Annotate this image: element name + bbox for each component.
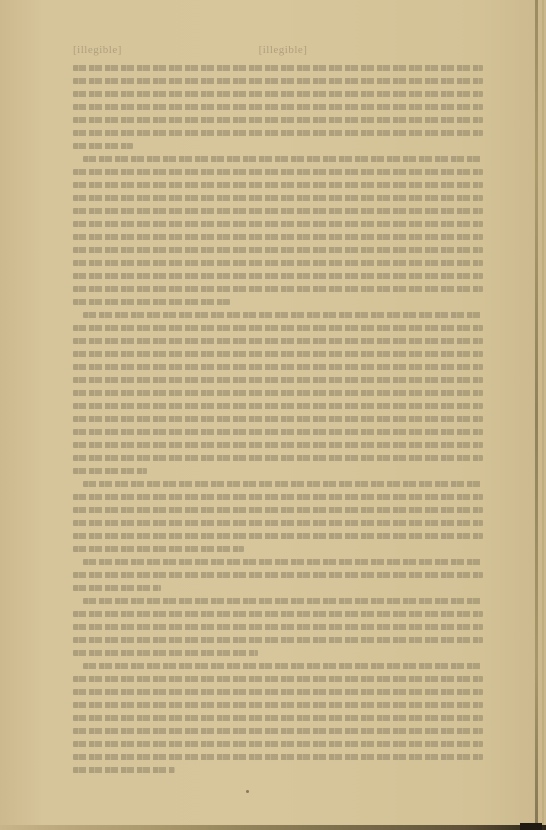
text-line: [illegible] — [73, 724, 483, 737]
line-text: [illegible] — [73, 321, 483, 334]
line-text: [illegible] — [73, 425, 483, 438]
text-line: [illegible] — [73, 87, 483, 100]
text-line: [illegible] — [73, 347, 483, 360]
line-text: [illegible] — [73, 594, 483, 607]
text-line: [illegible] — [73, 490, 483, 503]
text-line: [illegible] — [73, 529, 483, 542]
text-line: [illegible] — [73, 555, 483, 568]
text-line: [illegible] — [73, 230, 483, 243]
text-line: [illegible] — [73, 191, 483, 204]
page-header: [illegible] [illegible] — [73, 44, 483, 58]
line-text: [illegible] — [73, 646, 483, 659]
text-line: [illegible] — [73, 74, 483, 87]
line-text: [illegible] — [73, 698, 483, 711]
text-line: [illegible] — [73, 373, 483, 386]
line-text: [illegible] — [73, 672, 483, 685]
text-line: [illegible] — [73, 425, 483, 438]
text-line: [illegible] — [73, 165, 483, 178]
line-text: [illegible] — [73, 373, 483, 386]
line-text: [illegible] — [73, 633, 483, 646]
text-line: [illegible] — [73, 282, 483, 295]
text-line: [illegible] — [73, 360, 483, 373]
body-text: [illegible][illegible][illegible][illegi… — [73, 61, 483, 776]
line-text: [illegible] — [73, 737, 483, 750]
line-text: [illegible] — [73, 230, 483, 243]
line-text: [illegible] — [73, 620, 483, 633]
line-text: [illegible] — [73, 308, 483, 321]
page-edge-shadow — [535, 0, 538, 830]
line-text: [illegible] — [73, 659, 483, 672]
text-line: [illegible] — [73, 321, 483, 334]
line-text: [illegible] — [73, 477, 483, 490]
line-text: [illegible] — [73, 750, 483, 763]
line-text: [illegible] — [73, 490, 483, 503]
line-text: [illegible] — [73, 152, 483, 165]
line-text: [illegible] — [73, 581, 483, 594]
text-line: [illegible] — [73, 256, 483, 269]
text-line: [illegible] — [73, 750, 483, 763]
text-line: [illegible] — [73, 672, 483, 685]
line-text: [illegible] — [73, 399, 483, 412]
line-text: [illegible] — [73, 217, 483, 230]
line-text: [illegible] — [73, 113, 483, 126]
line-text: [illegible] — [73, 282, 483, 295]
text-line: [illegible] — [73, 503, 483, 516]
line-text: [illegible] — [73, 334, 483, 347]
text-line: [illegible] — [73, 152, 483, 165]
text-line: [illegible] — [73, 217, 483, 230]
text-line: [illegible] — [73, 607, 483, 620]
text-line: [illegible] — [73, 685, 483, 698]
paragraph: [illegible][illegible][illegible][illegi… — [73, 659, 483, 776]
line-text: [illegible] — [73, 503, 483, 516]
page-edge-highlight — [542, 0, 544, 830]
line-text: [illegible] — [73, 269, 483, 282]
line-text: [illegible] — [73, 204, 483, 217]
line-text: [illegible] — [73, 529, 483, 542]
line-text: [illegible] — [73, 555, 483, 568]
text-line: [illegible] — [73, 269, 483, 282]
paragraph: [illegible][illegible][illegible][illegi… — [73, 594, 483, 659]
text-line: [illegible] — [73, 451, 483, 464]
text-line: [illegible] — [73, 646, 483, 659]
line-text: [illegible] — [73, 100, 483, 113]
line-text: [illegible] — [73, 295, 483, 308]
line-text: [illegible] — [73, 412, 483, 425]
text-line: [illegible] — [73, 308, 483, 321]
corner-scan-mark — [520, 823, 542, 830]
text-line: [illegible] — [73, 698, 483, 711]
text-line: [illegible] — [73, 412, 483, 425]
text-line: [illegible] — [73, 438, 483, 451]
paragraph: [illegible][illegible][illegible] — [73, 555, 483, 594]
line-text: [illegible] — [73, 347, 483, 360]
text-line: [illegible] — [73, 620, 483, 633]
text-line: [illegible] — [73, 581, 483, 594]
running-head: [illegible] — [183, 44, 383, 56]
line-text: [illegible] — [73, 360, 483, 373]
text-line: [illegible] — [73, 763, 483, 776]
text-line: [illegible] — [73, 568, 483, 581]
line-text: [illegible] — [73, 685, 483, 698]
line-text: [illegible] — [73, 191, 483, 204]
paragraph: [illegible][illegible][illegible][illegi… — [73, 152, 483, 308]
line-text: [illegible] — [73, 256, 483, 269]
paragraph: [illegible][illegible][illegible][illegi… — [73, 308, 483, 477]
line-text: [illegible] — [73, 139, 483, 152]
text-line: [illegible] — [73, 386, 483, 399]
text-line: [illegible] — [73, 659, 483, 672]
line-text: [illegible] — [73, 568, 483, 581]
text-line: [illegible] — [73, 464, 483, 477]
paragraph: [illegible][illegible][illegible][illegi… — [73, 61, 483, 152]
text-line: [illegible] — [73, 633, 483, 646]
line-text: [illegible] — [73, 724, 483, 737]
text-line: [illegible] — [73, 399, 483, 412]
text-line: [illegible] — [73, 178, 483, 191]
page-number: [illegible] — [73, 44, 122, 56]
text-line: [illegible] — [73, 126, 483, 139]
text-line: [illegible] — [73, 100, 483, 113]
line-text: [illegible] — [73, 243, 483, 256]
text-line: [illegible] — [73, 542, 483, 555]
text-line: [illegible] — [73, 295, 483, 308]
text-line: [illegible] — [73, 113, 483, 126]
text-line: [illegible] — [73, 139, 483, 152]
text-line: [illegible] — [73, 477, 483, 490]
line-text: [illegible] — [73, 711, 483, 724]
paragraph: [illegible][illegible][illegible][illegi… — [73, 477, 483, 555]
text-line: [illegible] — [73, 334, 483, 347]
line-text: [illegible] — [73, 763, 483, 776]
line-text: [illegible] — [73, 61, 483, 74]
book-page: [illegible] [illegible] [illegible][ille… — [0, 0, 546, 830]
line-text: [illegible] — [73, 87, 483, 100]
line-text: [illegible] — [73, 386, 483, 399]
line-text: [illegible] — [73, 165, 483, 178]
line-text: [illegible] — [73, 178, 483, 191]
line-text: [illegible] — [73, 516, 483, 529]
line-text: [illegible] — [73, 464, 483, 477]
text-line: [illegible] — [73, 204, 483, 217]
text-line: [illegible] — [73, 594, 483, 607]
line-text: [illegible] — [73, 438, 483, 451]
text-line: [illegible] — [73, 711, 483, 724]
text-line: [illegible] — [73, 243, 483, 256]
text-line: [illegible] — [73, 737, 483, 750]
text-line: [illegible] — [73, 516, 483, 529]
line-text: [illegible] — [73, 74, 483, 87]
line-text: [illegible] — [73, 542, 483, 555]
text-line: [illegible] — [73, 61, 483, 74]
line-text: [illegible] — [73, 607, 483, 620]
line-text: [illegible] — [73, 126, 483, 139]
bottom-page-edge — [0, 825, 546, 830]
line-text: [illegible] — [73, 451, 483, 464]
speck-mark — [246, 790, 249, 793]
